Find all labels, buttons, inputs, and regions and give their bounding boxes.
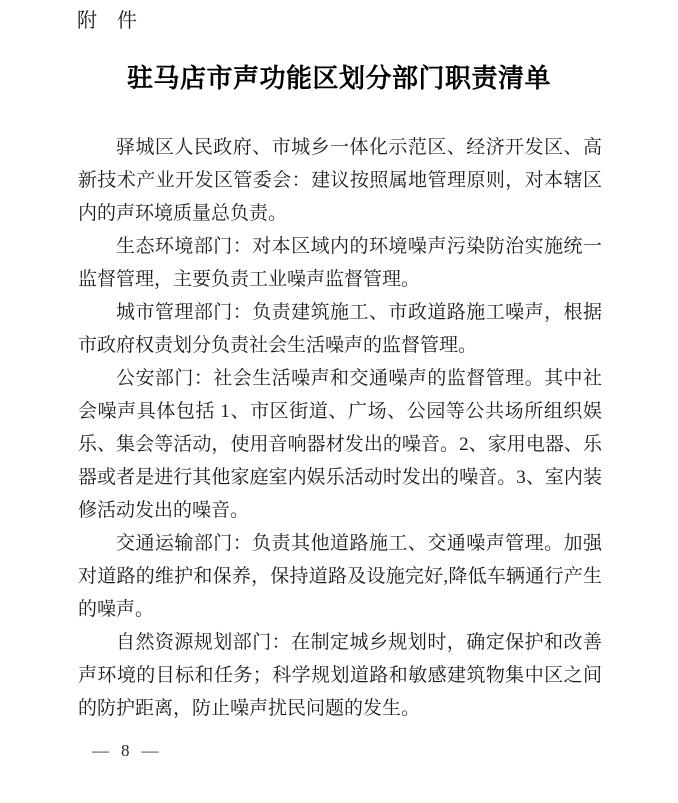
paragraph-ecology-environment-dept: 生态环境部门：对本区域内的环境噪声污染防治实施统一监督管理，主要负责工业噪声监督… — [78, 230, 602, 296]
page-footer: — 8 — — [92, 741, 159, 761]
document-title: 驻马店市声功能区划分部门职责清单 — [0, 58, 678, 95]
page-number: 8 — [121, 741, 130, 761]
footer-right-dash: — — [142, 741, 159, 761]
paragraph-district-governments: 驿城区人民政府、市城乡一体化示范区、经济开发区、高新技术产业开发区管委会：建议按… — [78, 131, 602, 230]
document-body: 驿城区人民政府、市城乡一体化示范区、经济开发区、高新技术产业开发区管委会：建议按… — [78, 131, 602, 725]
paragraph-city-management-dept: 城市管理部门：负责建筑施工、市政道路施工噪声，根据市政府权责划分负责社会生活噪声… — [78, 296, 602, 362]
paragraph-public-security-dept: 公安部门：社会生活噪声和交通噪声的监督管理。其中社会噪声具体包括 1、市区街道、… — [78, 362, 602, 527]
document-page: 附 件 驻马店市声功能区划分部门职责清单 驿城区人民政府、市城乡一体化示范区、经… — [0, 0, 678, 803]
paragraph-natural-resources-planning-dept: 自然资源规划部门：在制定城乡规划时，确定保护和改善声环境的目标和任务；科学规划道… — [78, 626, 602, 725]
attachment-label: 附 件 — [77, 10, 137, 32]
paragraph-transportation-dept: 交通运输部门：负责其他道路施工、交通噪声管理。加强对道路的维护和保养，保持道路及… — [78, 527, 602, 626]
footer-left-dash: — — [92, 741, 109, 761]
